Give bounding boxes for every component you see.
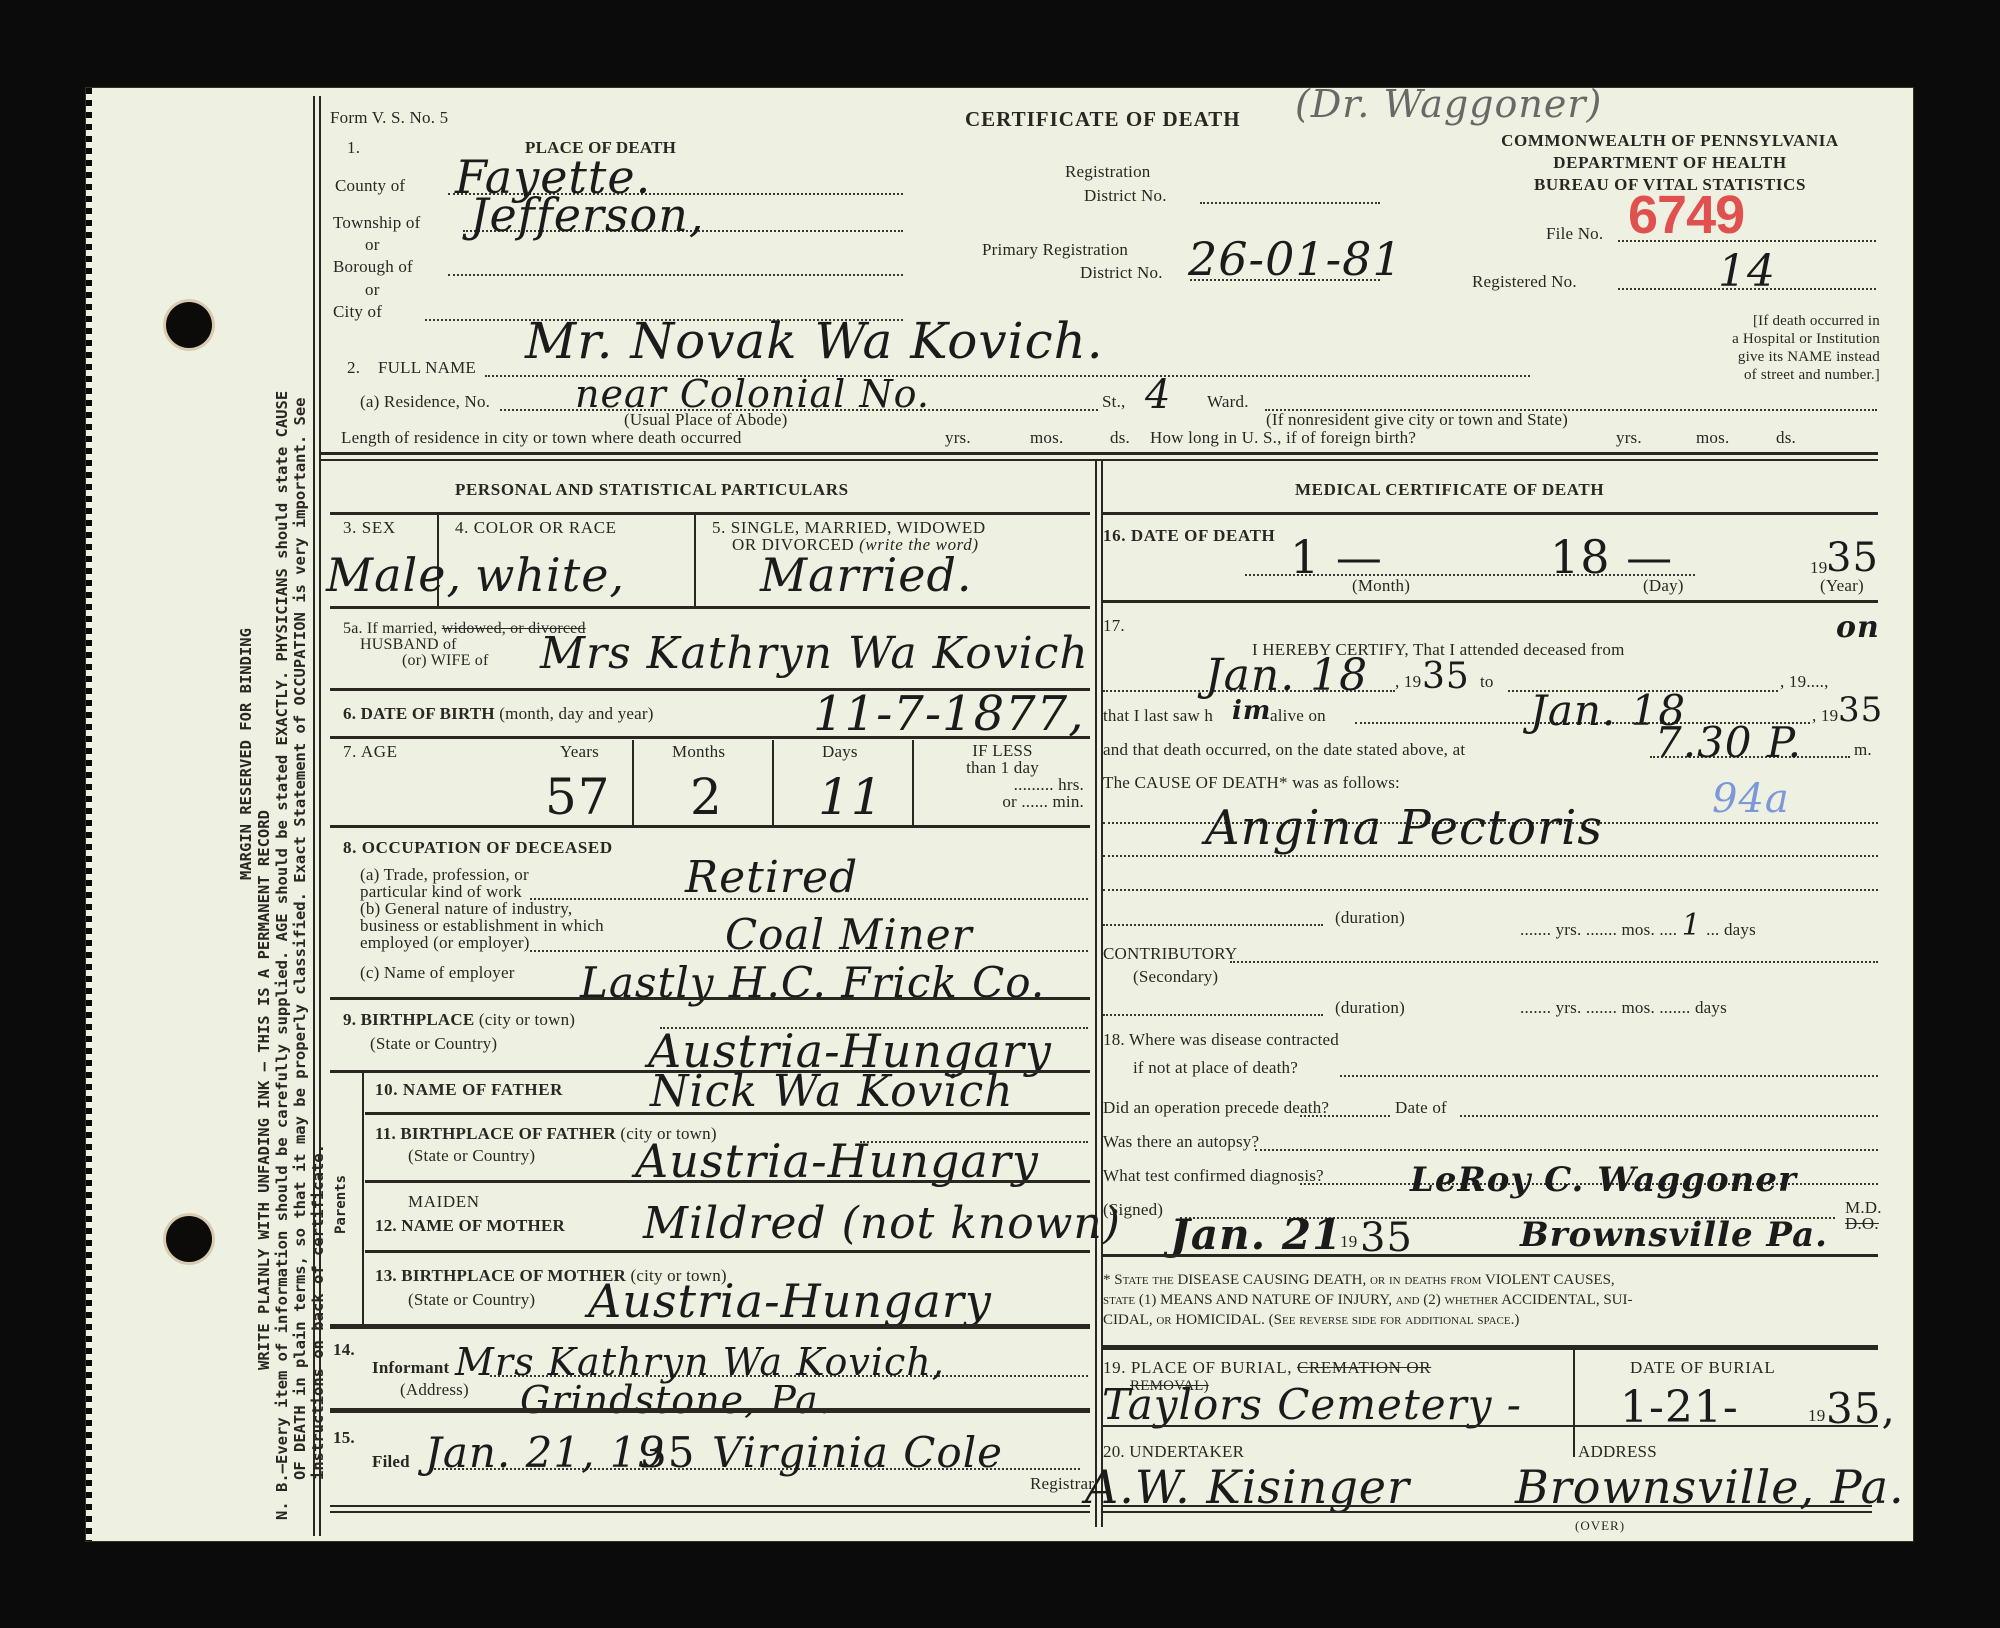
borough-label: Borough of [333,257,413,277]
dod-year-value[interactable]: 35 [1826,535,1879,581]
birthplace-hint: (city or town) [479,1010,575,1029]
section-divider [330,1408,1090,1413]
cause-of-death-label: The CAUSE OF DEATH* was as follows: [1103,773,1400,793]
medical-certificate-heading: MEDICAL CERTIFICATE OF DEATH [1295,480,1604,500]
registered-no-label: Registered No. [1472,272,1577,292]
undertaker-label: 20. UNDERTAKER [1103,1442,1244,1462]
district-no-label: District No. [1084,186,1167,206]
burial-place-value[interactable]: Taylors Cemetery - [1102,1380,1522,1429]
item-number: 1. [347,138,360,158]
duration-label: (duration) [1335,908,1405,928]
occ-b-line3: employed (or employer) [360,934,604,951]
file-number-stamp: 6749 [1628,184,1744,246]
bottom-rule [330,1505,1090,1507]
to-label: to [1480,672,1494,692]
autopsy-field[interactable] [1255,1149,1878,1151]
burial-label-row: 19. PLACE OF BURIAL, CREMATION OR [1103,1358,1431,1378]
section-divider [320,452,1878,455]
punch-hole-top [166,302,212,348]
duration-days-value[interactable]: 1 [1682,908,1702,943]
burial-place-label: 19. PLACE OF BURIAL, [1103,1358,1292,1377]
or-label: or [365,280,380,300]
borough-field[interactable] [448,274,903,276]
wife-of-label: (or) WIFE of [402,652,489,670]
disease-contracted-label2: if not at place of death? [1133,1058,1298,1078]
marital-status-value[interactable]: Married. [760,548,973,602]
duration-units: ....... yrs. ....... mos. .... 1 ... day… [1520,908,1756,943]
row-divider [1102,600,1878,603]
years-label: Years [560,742,599,762]
operation-date-label: Date of [1395,1098,1447,1118]
occupation-label-wrap: 8. OCCUPATION OF DECEASED [343,838,613,858]
primary-district-no-label: District No. [1080,263,1163,283]
occ-a-line1: (a) Trade, profession, or [360,866,529,883]
than-1-day-label: than 1 day [915,759,1090,776]
dod-year-wrap: 19 [1810,558,1827,578]
days-label: days [1724,920,1756,939]
cause-footnote: * State the DISEASE CAUSING DEATH, or in… [1103,1270,1633,1330]
do-label: D.O. [1845,1216,1882,1232]
dob-label: 6. DATE OF BIRTH [343,704,495,723]
year-prefix: 19 [1789,672,1806,691]
birthplace-label-row: 9. BIRTHPLACE (city or town) [343,1010,575,1030]
attended-to-year-wrap: , 19...., [1780,672,1829,692]
year-prefix: 19 [1340,1232,1357,1252]
township-value[interactable]: Jefferson, [470,188,704,242]
physician-signature[interactable]: LeRoy C. Waggoner [1410,1160,1797,1200]
operation-label: Did an operation precede death? [1103,1098,1329,1118]
occupation-b-label: (b) General nature of industry, business… [360,900,604,951]
spouse-if-married: 5a. If married, [343,620,438,637]
or-label: or [365,235,380,255]
row-divider [365,1250,1090,1253]
secondary-label: (Secondary) [1133,967,1218,987]
last-saw-year-wrap: , 19 [1812,706,1838,726]
over-label: (OVER) [1575,1518,1625,1534]
district-no-field[interactable] [1200,202,1380,204]
hrs-field: ......... hrs. [915,776,1090,793]
duration-dots [1103,1014,1323,1016]
age-days-value[interactable]: 11 [818,768,884,826]
year-label: (Year) [1820,576,1864,596]
death-time-label: and that death occurred, on the date sta… [1103,740,1465,760]
cell-divider [694,514,696,606]
bottom-rule [330,1511,1090,1513]
mos-label: mos. [1622,920,1655,939]
year-prefix: 19 [1404,672,1421,691]
father-label-wrap: 10. NAME OF FATHER [375,1080,563,1100]
primary-district-no-value[interactable]: 26-01-81 [1188,232,1403,286]
days-label: Days [822,742,858,762]
mother-name-value[interactable]: Mildred (not known) [643,1198,1121,1249]
duration-units: ....... yrs. ....... mos. ....... days [1520,998,1727,1018]
street-value[interactable]: 4 [1145,372,1171,418]
occ-a-line2: particular kind of work [360,883,529,900]
item-number: 14. [333,1340,355,1360]
contributory-field[interactable] [1230,961,1878,963]
time-in-us-label: How long in U. S., if of foreign birth? [1150,428,1416,448]
months-label: Months [672,742,725,762]
hospital-note-line: [If death occurred in [1640,312,1880,330]
age-months-value[interactable]: 2 [690,768,723,826]
physician-address-value[interactable]: Brownsville Pa. [1520,1215,1828,1255]
spouse-value[interactable]: Mrs Kathryn Wa Kovich [540,628,1089,679]
cause-code-annotation: 94a [1712,776,1790,822]
length-of-residence-label: Length of residence in city or town wher… [341,428,742,448]
primary-registration-label: Primary Registration [982,240,1128,260]
hospital-note: [If death occurred in a Hospital or Inst… [1640,312,1880,384]
undertaker-address-label: ADDRESS [1578,1442,1657,1462]
row-divider [330,997,1090,1000]
footnote-line: state (1) MEANS AND NATURE OF INJURY, an… [1103,1290,1633,1310]
punch-hole-bottom [166,1216,212,1262]
dob-value[interactable]: 11-7-1877, [813,686,1084,742]
parents-divider [362,1072,364,1324]
filed-label: Filed [372,1452,410,1472]
father-birthplace-label: 11. BIRTHPLACE OF FATHER [375,1124,616,1143]
race-value[interactable]: white, [475,548,625,602]
age-years-value[interactable]: 57 [545,768,611,826]
year-prefix: 19 [1810,558,1827,577]
race-label: 4. COLOR OR RACE [455,518,617,538]
hospital-note-line: give its NAME instead [1640,348,1880,366]
certify-on-annotation: on [1836,610,1880,645]
section-divider [330,1324,1090,1329]
test-label: What test confirmed diagnosis? [1103,1166,1324,1186]
item-number: 2. [347,358,360,378]
cell-divider [772,740,774,825]
commonwealth-label: COMMONWEALTH OF PENNSYLVANIA [1460,130,1880,152]
father-label: 10. NAME OF FATHER [375,1080,563,1099]
birthplace-label: 9. BIRTHPLACE [343,1010,474,1029]
row-divider [330,736,1090,739]
operation-field[interactable] [1300,1115,1390,1117]
meridiem-label: m. [1854,740,1872,760]
dob-label-row: 6. DATE OF BIRTH (month, day and year) [343,704,654,724]
nonresident-note: (If nonresident give city or town and St… [1266,410,1568,430]
dod-month-value[interactable]: 1 [1290,530,1320,584]
margin-binding-note: MARGIN RESERVED FOR BINDING [237,391,255,1520]
occupation-label: 8. OCCUPATION OF DECEASED [343,838,613,857]
street-label: St., [1102,392,1125,412]
margin-ink-note: WRITE PLAINLY WITH UNFADING INK — THIS I… [255,391,273,1520]
state-country-label: (State or Country) [370,1034,497,1054]
month-label: (Month) [1352,576,1410,596]
duration-dots [1103,924,1323,926]
margin-nb-line3: instructions on back of certificate. [309,391,327,1520]
occ-b-line1: (b) General nature of industry, [360,900,604,917]
duration-label: (duration) [1335,998,1405,1018]
year-prefix: 19 [1821,706,1838,725]
department-label: DEPARTMENT OF HEALTH [1460,152,1880,174]
row-divider [365,1112,1090,1115]
informant-label: Informant [372,1358,449,1378]
column-divider [1095,461,1097,1527]
row-divider [1102,1425,1878,1427]
occupation-industry-value[interactable]: Coal Miner [725,910,973,959]
section-divider [1102,1345,1878,1350]
sex-value[interactable]: Male, [326,548,462,602]
mos-label: mos. [1622,998,1655,1017]
city-label: City of [333,302,382,322]
autopsy-label: Was there an autopsy? [1103,1132,1259,1152]
dob-hint: (month, day and year) [499,704,653,723]
hospital-note-line: a Hospital or Institution [1640,330,1880,348]
perforated-edge [86,88,92,1541]
yrs-label: yrs. [1616,428,1642,448]
mother-birthplace-value[interactable]: Austria-Hungary [588,1274,992,1328]
yrs-label: yrs. [1556,998,1582,1017]
last-saw-pronoun[interactable]: im [1232,696,1271,726]
footnote-line: CIDAL, or HOMICIDAL. (See reverse side f… [1103,1310,1633,1330]
day-label: (Day) [1643,576,1684,596]
form-number: Form V. S. No. 5 [330,108,448,128]
attended-from-year-value[interactable]: 35 [1422,656,1470,697]
cell-divider [1573,1347,1575,1457]
state-country-label: (State or Country) [408,1146,535,1166]
less-than-day: IF LESS than 1 day ......... hrs. or ...… [915,742,1090,810]
cell-divider [912,740,914,825]
bottom-rule [1102,1505,1872,1507]
township-label: Township of [333,213,420,233]
bottom-rule [1102,1511,1872,1513]
yrs-label: yrs. [1556,920,1582,939]
occupation-trade-value[interactable]: Retired [685,852,858,903]
occupation-a-label: (a) Trade, profession, or particular kin… [360,866,529,900]
yrs-label: yrs. [945,428,971,448]
cell-divider [632,740,634,825]
employer-label: (c) Name of employer [360,963,515,983]
death-time-value[interactable]: 7.30 P. [1655,718,1802,767]
residence-label: (a) Residence, No. [360,392,490,412]
degree-labels: M.D.D.O. [1845,1200,1882,1232]
cause-dots [1103,855,1878,857]
row-divider [1102,512,1878,515]
alive-on-label: alive on [1270,706,1326,726]
last-saw-year-value[interactable]: 35 [1838,690,1883,730]
date-of-death-label: 16. DATE OF DEATH [1103,526,1275,546]
certificate-title: CERTIFICATE OF DEATH [965,107,1241,132]
title-annotation: (Dr. Waggoner) [1295,82,1602,126]
personal-particulars-heading: PERSONAL AND STATISTICAL PARTICULARS [455,480,849,500]
border-line [313,96,315,1536]
attended-from-value[interactable]: Jan. 18 [1205,650,1368,701]
ds-label: ds. [1110,428,1130,448]
file-no-label: File No. [1546,224,1603,244]
hospital-note-line: of street and number.] [1640,366,1880,384]
county-label: County of [335,176,405,196]
margin-nb-line1: N. B.—Every item of information should b… [273,391,291,1520]
state-country-label: (State or Country) [408,1290,535,1310]
maiden-label: MAIDEN [408,1192,480,1212]
row-divider [330,606,1090,609]
registered-no-value[interactable]: 14 [1718,246,1776,297]
mother-label: 12. NAME OF MOTHER [375,1216,565,1236]
signed-label: (Signed) [1103,1200,1163,1220]
if-less-label: IF LESS [915,742,1090,759]
border-line [319,96,321,1536]
full-name-value[interactable]: Mr. Novak Wa Kovich. [525,312,1104,370]
registration-label: Registration [1065,162,1151,182]
min-field: or ...... min. [915,793,1090,810]
cause-dots [1103,889,1878,891]
row-divider [330,512,1090,515]
sex-label: 3. SEX [343,518,396,538]
disease-contracted-field[interactable] [1340,1075,1878,1077]
burial-date-label: DATE OF BURIAL [1630,1358,1775,1378]
dod-day-value[interactable]: 18 [1550,530,1611,584]
operation-date-field[interactable] [1460,1115,1878,1117]
informant-address-value[interactable]: Grindstone, Pa. [520,1378,832,1422]
margin-nb-line2: OF DEATH in plain terms, so that it may … [291,391,309,1520]
ds-label: ds. [1776,428,1796,448]
age-label: 7. AGE [343,742,398,762]
footnote-line: * State the DISEASE CAUSING DEATH, or in… [1103,1270,1633,1290]
year-prefix: 19 [1808,1406,1825,1426]
contributory-label: CONTRIBUTORY [1103,944,1237,964]
row-divider [330,825,1090,828]
item-number: 15. [333,1428,355,1448]
filed-year-value[interactable]: 35 [640,1428,695,1477]
full-name-label: FULL NAME [378,358,476,378]
occ-b-line2: business or establishment in which [360,917,604,934]
item-number: 17. [1103,616,1125,636]
father-name-value[interactable]: Nick Wa Kovich [650,1066,1014,1117]
disease-contracted-label: 18. Where was disease contracted [1103,1030,1339,1050]
cause-of-death-value[interactable]: Angina Pectoris [1205,800,1603,856]
last-saw-label: that I last saw h [1103,706,1213,726]
section-divider [320,459,1878,461]
signed-date-value[interactable]: Jan. 21 [1170,1210,1342,1259]
mos-label: mos. [1696,428,1729,448]
usual-place-note: (Usual Place of Abode) [624,410,788,430]
struck-text: CREMATION OR [1297,1358,1431,1377]
registrar-signature[interactable]: Virginia Cole [712,1428,1003,1477]
row-divider [365,1180,1090,1183]
ward-label: Ward. [1207,392,1249,412]
mos-label: mos. [1030,428,1063,448]
days-label: days [1695,998,1727,1017]
parents-label: Parents [333,1175,349,1234]
row-divider [1102,1254,1878,1257]
attended-year-wrap: , 19 [1395,672,1421,692]
filed-date-value[interactable]: Jan. 21, 19 [425,1428,665,1477]
